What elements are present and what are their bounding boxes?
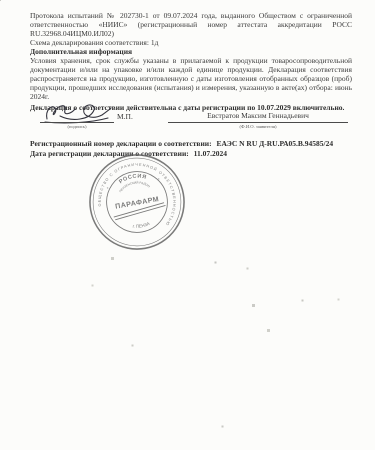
registration-number-line: Регистрационный номер декларации о соотв…	[30, 139, 360, 148]
stamp-place-label: М.П.	[117, 112, 133, 121]
applicant-caption: (Ф.И.О. заявителя)	[168, 124, 348, 129]
registration-number-value: ЕАЭС N RU Д-RU.РА05.В.94585/24	[217, 139, 334, 148]
scheme-line: Схема декларирования соответствия: 1д	[30, 38, 352, 47]
star-icon: *	[106, 186, 109, 191]
company-stamp: ОБЩЕСТВО С ОГРАНИЧЕННОЙ ОТВЕТСТВЕННОСТЬЮ…	[80, 145, 194, 259]
stamp-city: г. ПЕНЗА	[132, 221, 151, 230]
declaration-document-page: Протокола испытаний № 202730-1 от 09.07.…	[0, 0, 375, 450]
additional-info-heading: Дополнительная информация	[30, 47, 352, 56]
protocol-paragraph: Протокола испытаний № 202730-1 от 09.07.…	[30, 11, 352, 38]
scan-noise-specks	[0, 0, 1, 1]
registration-number-label: Регистрационный номер декларации о соотв…	[30, 139, 212, 148]
applicant-name: Евстратов Максим Геннадьевич	[168, 111, 348, 120]
star-icon: *	[158, 177, 161, 182]
stamp-company: ПАРАФАРМ	[115, 196, 160, 211]
registration-date-line: Дата регистрации декларации о соответств…	[30, 149, 360, 158]
signature-caption: (подпись)	[40, 124, 114, 129]
additional-info-paragraph: Условия хранения, срок службы указаны в …	[30, 56, 352, 101]
registration-date-value: 11.07.2024	[194, 149, 227, 158]
signature-line	[40, 122, 114, 123]
applicant-name-line	[168, 122, 348, 123]
